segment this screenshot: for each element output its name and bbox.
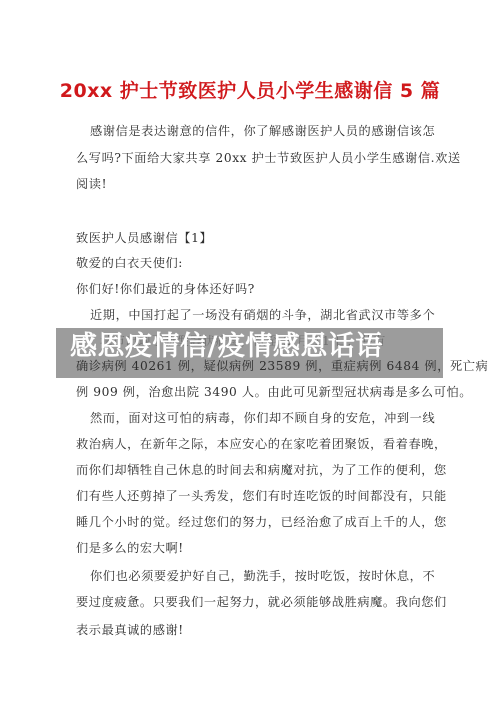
paragraph-line: 而你们却牺牲自己休息的时间去和病魔对抗，为了工作的便利，您	[76, 461, 428, 479]
letter-opening: 你们好!你们最近的身体还好吗?	[76, 280, 428, 298]
intro-line: 么写吗?下面给大家共享 20xx 护士节致医护人员小学生感谢信.欢送	[76, 149, 428, 167]
paragraph-line: 睡几个小时的觉。经过您们的努力，已经治愈了成百上千的人，您	[76, 513, 428, 531]
paragraph-line: 近期，中国打起了一场没有硝烟的斗争，湖北省武汉市等多个	[90, 306, 428, 324]
letter-greeting: 敬爱的白衣天使们:	[76, 254, 428, 272]
paragraph-line: 表示最真诚的感谢!	[76, 621, 428, 639]
paragraph-line: 然而，面对这可怕的病毒，你们却不顾自身的安危，冲到一线	[90, 409, 428, 427]
paragraph-line: 你们也必须要爱护好自己，勤洗手，按时吃饭，按时休息，不	[90, 567, 428, 585]
paragraph-line: 们是多么的宏大啊!	[76, 539, 428, 557]
paragraph-line: 要过度疲惫。只要我们一起努力，就必须能够战胜病魔。我向您们	[76, 593, 428, 611]
paragraph-line: 们有些人还剪掉了一头秀发，您们有时连吃饭的时间都没有，只能	[76, 487, 428, 505]
paragraph-line: 例 909 例，治愈出院 3490 人。由此可见新型冠状病毒是多么可怕。	[76, 383, 428, 401]
document-page: 20xx 护士节致医护人员小学生感谢信 5 篇 感谢信是表达谢意的信件，你了解感…	[0, 0, 500, 706]
document-title: 20xx 护士节致医护人员小学生感谢信 5 篇	[0, 78, 500, 104]
paragraph-line: 救治病人，在新年之际，本应安心的在家吃着团聚饭，看着春晚，	[76, 435, 428, 453]
intro-line: 阅读!	[76, 175, 428, 193]
paragraph-line: 确诊病例 40261 例，疑似病例 23589 例，重症病例 6484 例，死亡…	[76, 357, 428, 375]
intro-line: 感谢信是表达谢意的信件，你了解感谢医护人员的感谢信该怎	[90, 122, 428, 140]
letter-heading: 致医护人员感谢信【1】	[76, 229, 428, 247]
